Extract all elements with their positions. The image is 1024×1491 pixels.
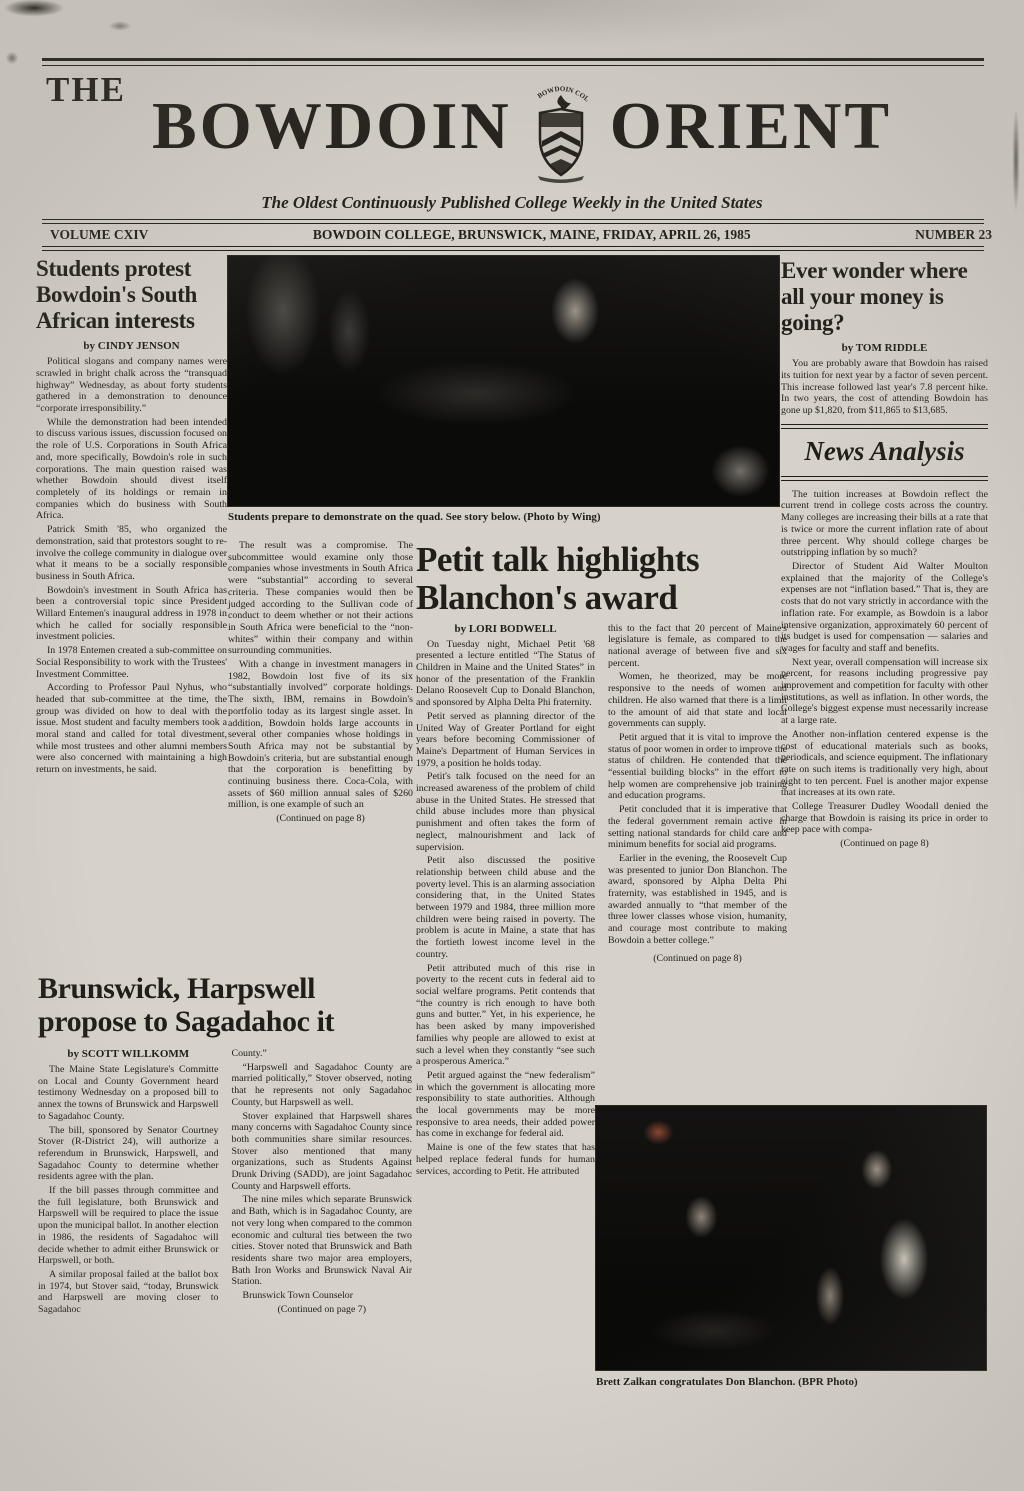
paragraph: Petit served as planning director of the… [416, 711, 595, 770]
article-protest-byline: by CINDY JENSON [36, 340, 227, 352]
paragraph: Political slogans and company names were… [36, 356, 227, 415]
article-money: Ever wonder where all your money is goin… [781, 258, 988, 849]
article-brunswick-colB-text: County.”“Harpswell and Sagadahoc County … [232, 1048, 413, 1302]
paragraph: In 1978 Entemen created a sub-committee … [36, 645, 227, 680]
dateline: VOLUME CXIV BOWDOIN COLLEGE, BRUNSWICK, … [42, 224, 1000, 245]
news-analysis-label: News Analysis [781, 429, 988, 476]
quad-photo-caption: Students prepare to demonstrate on the q… [228, 511, 779, 524]
article-brunswick-colB: County.”“Harpswell and Sagadahoc County … [232, 1048, 413, 1318]
news-analysis-box: News Analysis [781, 424, 988, 481]
article-protest-headline: Students protest Bowdoin's South African… [36, 256, 227, 333]
article-petit-colB-text: this to the fact that 20 percent of Main… [608, 623, 787, 947]
paragraph: Another non-inflation centered expense i… [781, 729, 988, 799]
paragraph: Maine is one of the few states that has … [416, 1142, 595, 1177]
paragraph: Next year, overall compensation will inc… [781, 657, 988, 727]
paragraph: Director of Student Aid Walter Moulton e… [781, 561, 988, 655]
masthead-tagline: The Oldest Continuously Published Colleg… [120, 193, 904, 213]
article-protest-col2-text: The result was a compromise. The subcomm… [228, 540, 413, 811]
article-brunswick: Brunswick, Harpswell propose to Sagadaho… [38, 972, 412, 1318]
paragraph: With a change in investment managers in … [228, 659, 413, 811]
bowdoin-crest-icon: BOWDOIN COLLEGE [528, 79, 594, 183]
article-brunswick-continued: (Continued on page 7) [232, 1304, 413, 1315]
paragraph: The tuition increases at Bowdoin reflect… [781, 489, 988, 559]
article-brunswick-colA: by SCOTT WILLKOMM The Maine State Legisl… [38, 1048, 219, 1318]
article-protest-continued: (Continued on page 8) [228, 813, 413, 824]
paragraph: this to the fact that 20 percent of Main… [608, 623, 787, 670]
masthead-title-right: ORIENT [610, 93, 892, 160]
quad-demonstration-photo [228, 256, 779, 506]
paragraph: County.” [232, 1048, 413, 1060]
paragraph: If the bill passes through committee and… [38, 1185, 219, 1267]
paragraph: While the demonstration had been intende… [36, 417, 227, 522]
article-brunswick-headline: Brunswick, Harpswell propose to Sagadaho… [38, 972, 412, 1038]
paragraph: On Tuesday night, Michael Petit '68 pres… [416, 639, 595, 709]
paragraph: The nine miles which separate Brunswick … [232, 1194, 413, 1288]
paragraph: The Maine State Legislature's Committe o… [38, 1064, 219, 1123]
article-money-body: The tuition increases at Bowdoin reflect… [781, 489, 988, 836]
paragraph: Earlier in the evening, the Roosevelt Cu… [608, 853, 787, 947]
top-rule [42, 58, 984, 66]
paragraph: Petit also discussed the positive relati… [416, 855, 595, 960]
article-brunswick-columns: by SCOTT WILLKOMM The Maine State Legisl… [38, 1048, 412, 1318]
paragraph: Patrick Smith '85, who organized the dem… [36, 524, 227, 583]
dateline-volume: VOLUME CXIV [50, 227, 148, 243]
article-money-byline: by TOM RIDDLE [781, 342, 988, 354]
paragraph: The bill, sponsored by Senator Courtney … [38, 1125, 219, 1184]
paragraph: Petit attributed much of this rise in po… [416, 963, 595, 1068]
paragraph: Bowdoin's investment in South Africa has… [36, 585, 227, 644]
article-protest-col2: The result was a compromise. The subcomm… [228, 540, 413, 824]
masthead: BOWDOIN BOWDOIN COLLEGE ORIENT [60, 93, 984, 183]
paragraph: Women, he theorized, may be more respons… [608, 671, 787, 730]
article-petit-headline: Petit talk highlights Blanchon's award [416, 541, 787, 617]
article-petit-columns: by LORI BODWELL On Tuesday night, Michae… [416, 623, 787, 1180]
article-petit-continued: (Continued on page 8) [608, 953, 787, 964]
paragraph: College Treasurer Dudley Woodall denied … [781, 801, 988, 836]
article-petit-byline: by LORI BODWELL [416, 623, 595, 635]
article-protest-col1-text: Political slogans and company names were… [36, 356, 227, 776]
paragraph: Petit's talk focused on the need for an … [416, 771, 595, 853]
paragraph: Stover explained that Harpswell shares m… [232, 1111, 413, 1193]
article-money-intro: You are probably aware that Bowdoin has … [781, 358, 988, 417]
paragraph: Brunswick Town Counselor [232, 1290, 413, 1302]
article-brunswick-colA-text: The Maine State Legislature's Committe o… [38, 1064, 219, 1316]
paragraph: A similar proposal failed at the ballot … [38, 1269, 219, 1316]
paragraph: The result was a compromise. The subcomm… [228, 540, 413, 657]
rule [781, 476, 988, 481]
award-photo-caption: Brett Zalkan congratulates Don Blanchon.… [596, 1376, 986, 1389]
newspaper-front-page: THE BOWDOIN BOWDOIN COLLEGE ORIENT The O… [0, 0, 1024, 1491]
paragraph: Petit concluded that it is imperative th… [608, 804, 787, 851]
article-petit-colB: this to the fact that 20 percent of Main… [608, 623, 787, 1180]
award-presentation-photo [596, 1106, 986, 1370]
paragraph: You are probably aware that Bowdoin has … [781, 358, 988, 417]
paragraph: “Harpswell and Sagadahoc County are marr… [232, 1062, 413, 1109]
article-petit-colA-text: On Tuesday night, Michael Petit '68 pres… [416, 639, 595, 1178]
paragraph: Petit argued against the “new federalism… [416, 1070, 595, 1140]
article-money-headline: Ever wonder where all your money is goin… [781, 258, 988, 335]
article-protest: Students protest Bowdoin's South African… [36, 256, 227, 778]
dateline-number: NUMBER 23 [915, 227, 992, 243]
masthead-title-left: BOWDOIN [152, 93, 512, 160]
article-petit-colA: by LORI BODWELL On Tuesday night, Michae… [416, 623, 595, 1180]
article-money-continued: (Continued on page 8) [781, 838, 988, 849]
paragraph: Petit argued that it is vital to improve… [608, 732, 787, 802]
dateline-center: BOWDOIN COLLEGE, BRUNSWICK, MAINE, FRIDA… [313, 227, 751, 243]
article-petit: Petit talk highlights Blanchon's award b… [416, 541, 787, 1179]
article-brunswick-byline: by SCOTT WILLKOMM [38, 1048, 219, 1060]
rule [42, 246, 984, 251]
paragraph: According to Professor Paul Nyhus, who h… [36, 682, 227, 776]
